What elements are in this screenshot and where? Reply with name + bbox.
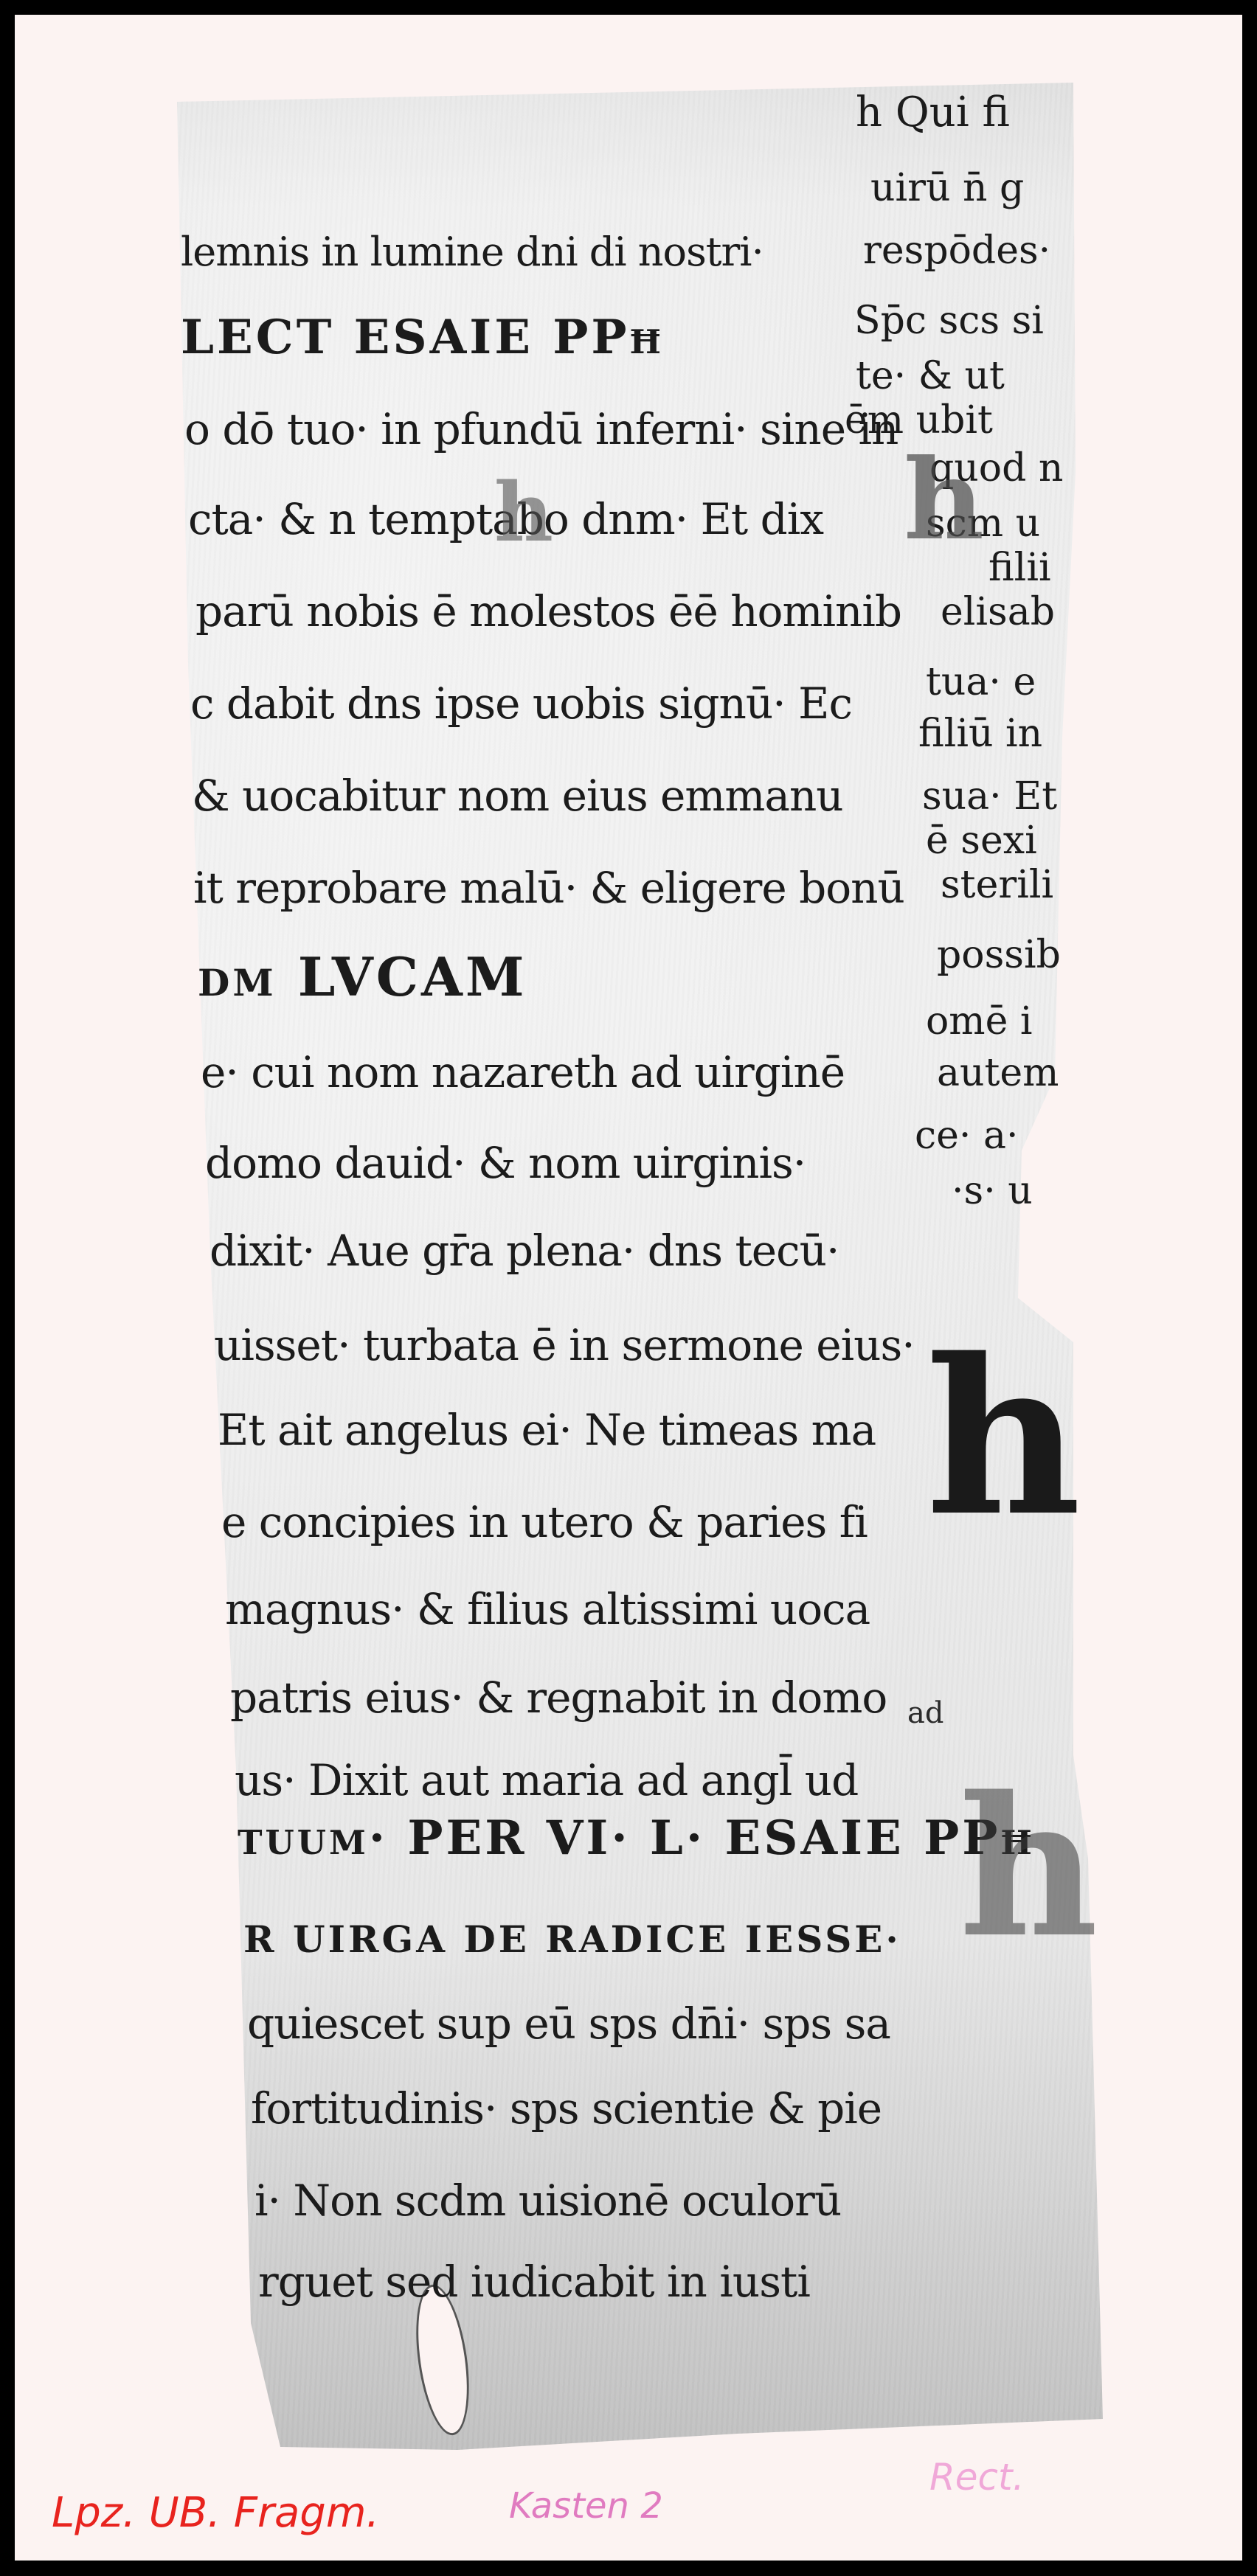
- recto-annotation: Rect.: [929, 2456, 1025, 2499]
- text-line: Et ait angelus ei· Ne timeas ma: [218, 1405, 876, 1455]
- text-line: o dō tuo· in pfundū inferni· sine in: [184, 404, 898, 454]
- right-column-line: ·s· u: [952, 1169, 1033, 1213]
- text-line: lemnis in lumine dni di nostri·: [181, 229, 763, 275]
- right-column-line: Sp̄c scs si: [854, 299, 1044, 343]
- initial-h-upper: h: [904, 435, 984, 565]
- text-line: e concipies in utero & paries fi: [221, 1497, 868, 1547]
- text-line: i· Non scdm uisionē oculorū: [254, 2176, 841, 2226]
- right-column-line: sterili: [941, 863, 1053, 907]
- text-line: uisset· turbata ē in sermone eius·: [214, 1320, 915, 1370]
- text-line: e· cui nom nazareth ad uirginē: [201, 1047, 845, 1097]
- right-column-line: elisab: [941, 590, 1055, 634]
- right-column-line: ē sexi: [926, 819, 1037, 863]
- right-column-line: h Qui fi: [856, 88, 1010, 136]
- right-column-line: uirū n̄ g: [870, 166, 1024, 210]
- right-column-line: respōdes·: [863, 229, 1050, 273]
- text-line: fortitudinis· sps scientie & pie: [251, 2083, 882, 2134]
- right-column-line: filii: [988, 546, 1051, 590]
- right-column-line: filiū in: [918, 712, 1042, 756]
- interlinear-gloss: ad: [907, 1696, 943, 1730]
- text-line: patris eius· & regnabit in domo: [230, 1673, 887, 1723]
- rubric-line: dm LVCAM: [198, 945, 527, 1008]
- right-column-line: sua· Et: [922, 774, 1057, 819]
- shelfmark-annotation: Lpz. UB. Fragm.: [52, 2489, 379, 2537]
- rubric-line: tuum· PER VI· L· ESAIE PPħ: [238, 1811, 1035, 1866]
- right-column-line: omē i: [926, 999, 1033, 1044]
- right-column-line: autem: [937, 1051, 1059, 1095]
- text-line: us· Dixit aut maria ad angl̄ ud: [235, 1755, 858, 1805]
- right-column-line: te· & ut: [856, 354, 1005, 398]
- text-line: it reprobare malū· & eligere bonū: [193, 863, 904, 913]
- text-line: dixit· Aue gr̄a plena· dns tecū·: [209, 1226, 839, 1276]
- box-annotation: Kasten 2: [509, 2485, 663, 2527]
- text-line: parū nobis ē molestos ēē hominib: [195, 586, 901, 636]
- text-line: c dabit dns ipse uobis signū· Ec: [190, 678, 852, 729]
- initial-h-small: h: [494, 465, 553, 560]
- right-column-line: ce· a·: [915, 1114, 1019, 1158]
- right-column-line: possib: [937, 933, 1061, 977]
- text-line: quiescet sup eū sps dn̄i· sps sa: [247, 1999, 890, 2049]
- text-line: & uocabitur nom eius emmanu: [192, 771, 843, 821]
- rubric-line: LECT ESAIE PPħ: [181, 310, 664, 365]
- text-line: rguet sed iudicabit in iusti: [258, 2257, 810, 2307]
- rubric-line: R UIRGA DE RADICE IESSE·: [243, 1917, 901, 1961]
- right-column-line: tua· e: [926, 660, 1036, 704]
- initial-h-lower: h: [959, 1755, 1098, 1980]
- text-line: domo dauid· & nom uirginis·: [205, 1138, 806, 1188]
- text-line: magnus· & filius altissimi uoca: [225, 1584, 870, 1634]
- initial-h-large: h: [926, 1313, 1081, 1563]
